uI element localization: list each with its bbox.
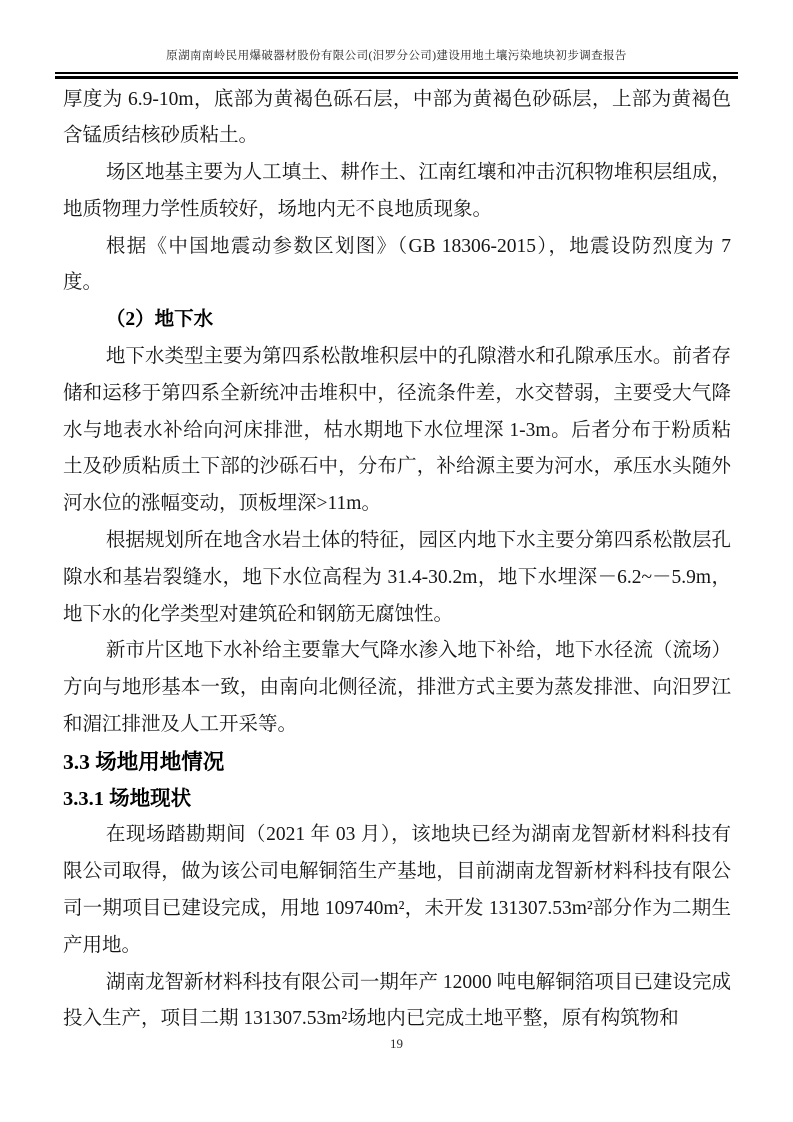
paragraph-phase-one-project: 湖南龙智新材料科技有限公司一期年产 12000 吨电解铜箔项目已建设完成投入生产… xyxy=(63,965,731,1039)
paragraph-groundwater-levels: 根据规划所在地含水岩土体的特征，园区内地下水主要分第四系松散层孔隙水和基岩裂缝水… xyxy=(63,523,731,633)
heading-groundwater: （2）地下水 xyxy=(63,302,731,339)
header-rule-bottom-line xyxy=(55,76,738,79)
header-double-rule xyxy=(55,72,738,79)
document-page: 原湖南南岭民用爆破器材股份有限公司(汨罗分公司)建设用地土壤污染地块初步调查报告… xyxy=(0,0,793,1122)
paragraph-groundwater-types: 地下水类型主要为第四系松散堆积层中的孔隙潜水和孔隙承压水。前者存储和运移于第四系… xyxy=(63,339,731,523)
page-number: 19 xyxy=(390,1036,403,1051)
report-header-title: 原湖南南岭民用爆破器材股份有限公司(汨罗分公司)建设用地土壤污染地块初步调查报告 xyxy=(0,49,793,64)
paragraph-groundwater-recharge: 新市片区地下水补给主要靠大气降水渗入地下补给，地下水径流（流场）方向与地形基本一… xyxy=(63,633,731,743)
paragraph-seismic-intensity: 根据《中国地震动参数区划图》（GB 18306-2015），地震设防烈度为 7 … xyxy=(63,229,731,303)
heading-section-3-3-land-use: 3.3 场地用地情况 xyxy=(63,744,731,781)
document-body: 厚度为 6.9-10m，底部为黄褐色砾石层，中部为黄褐色砂砾层，上部为黄褐色含锰… xyxy=(63,82,731,1039)
paragraph-site-survey-status: 在现场踏勘期间（2021 年 03 月），该地块已经为湖南龙智新材料科技有限公司… xyxy=(63,817,731,964)
paragraph-soil-layers-continuation: 厚度为 6.9-10m，底部为黄褐色砾石层，中部为黄褐色砂砾层，上部为黄褐色含锰… xyxy=(63,82,731,156)
page-header: 原湖南南岭民用爆破器材股份有限公司(汨罗分公司)建设用地土壤污染地块初步调查报告 xyxy=(0,0,793,79)
paragraph-site-foundation: 场区地基主要为人工填土、耕作土、江南红壤和冲击沉积物堆积层组成，地质物理力学性质… xyxy=(63,155,731,229)
heading-subsection-3-3-1-site-status: 3.3.1 场地现状 xyxy=(63,781,731,818)
page-footer: 19 xyxy=(0,1035,793,1053)
